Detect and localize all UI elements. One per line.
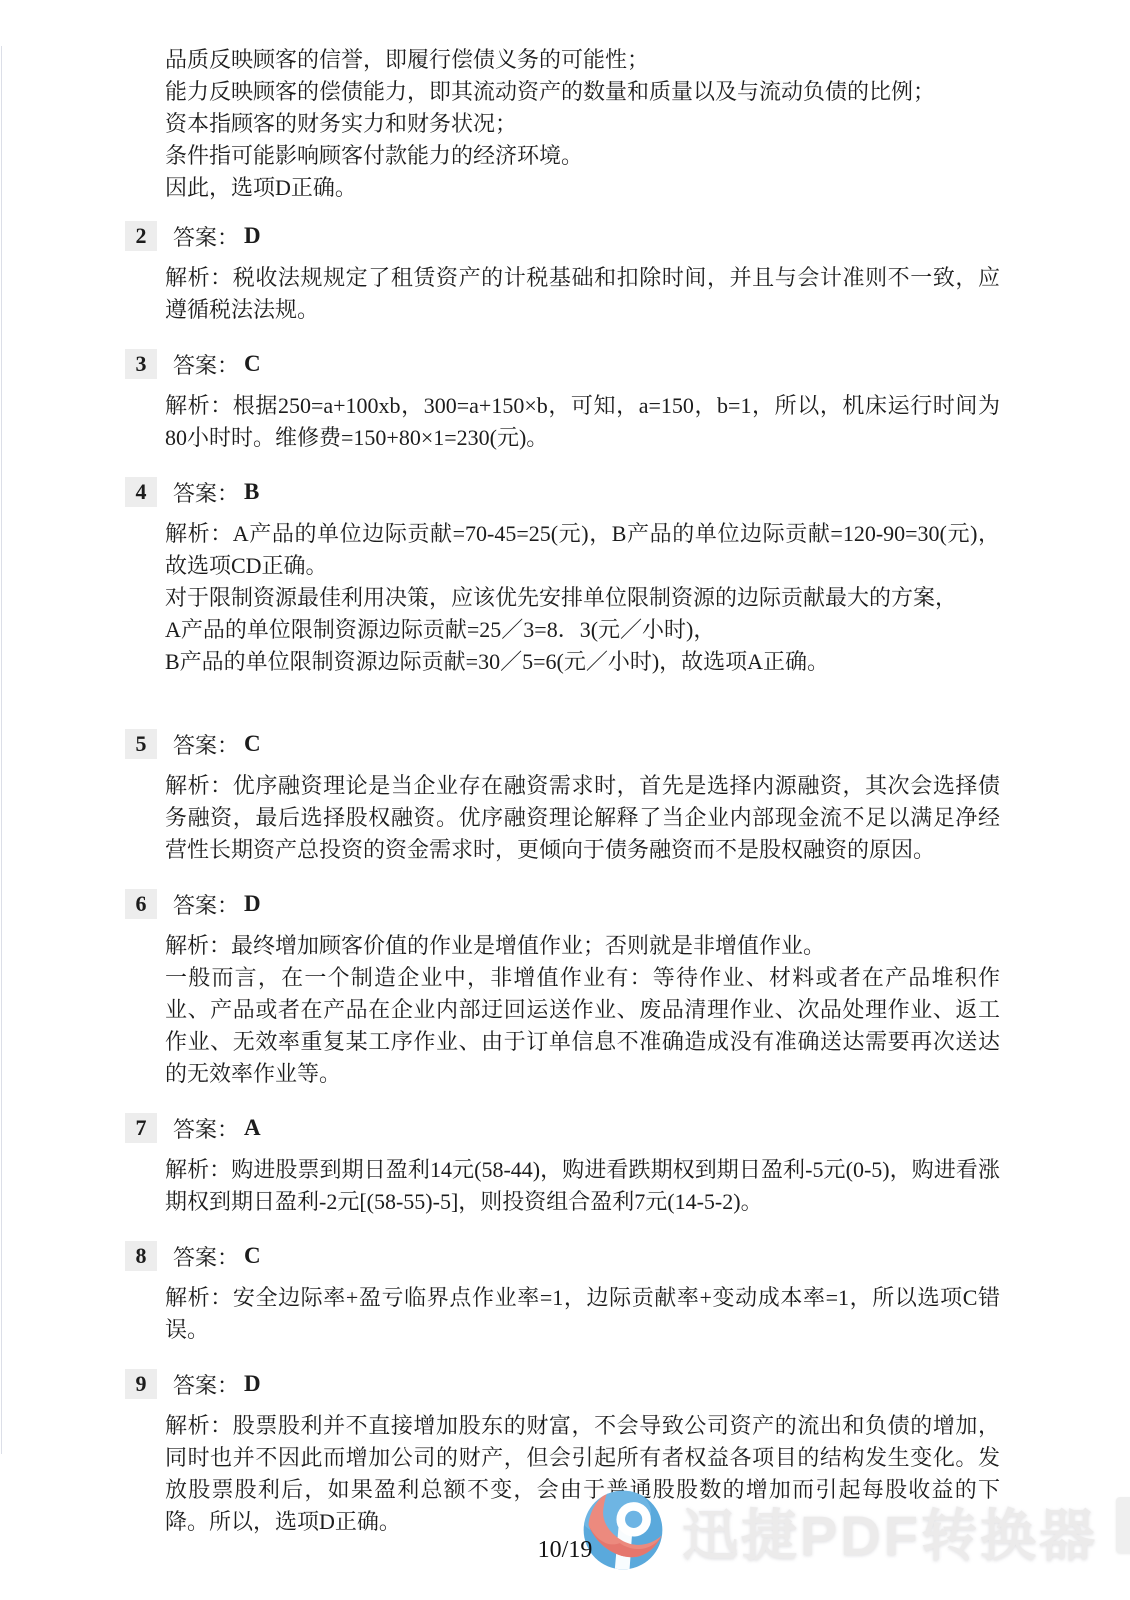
analysis-text: 解析：安全边际率+盈亏临界点作业率=1，边际贡献率+变动成本率=1，所以选项C错… <box>165 1282 1000 1346</box>
answer-item: 6 答案： D 解析：最终增加顾客价值的作业是增值作业；否则就是非增值作业。一般… <box>165 888 1000 1090</box>
answer-row: 4 答案： B <box>165 476 1000 508</box>
analysis-paragraph: 解析：最终增加顾客价值的作业是增值作业；否则就是非增值作业。 <box>165 930 1000 962</box>
page-content: 品质反映顾客的信誉，即履行偿债义务的可能性；能力反映顾客的偿债能力，即其流动资产… <box>165 44 1000 1538</box>
answer-letter: D <box>244 1371 261 1397</box>
intro-line: 资本指顾客的财务实力和财务状况； <box>165 108 1000 140</box>
page-left-rule <box>1 46 2 1454</box>
analysis-paragraph: 解析：A产品的单位边际贡献=70-45=25(元)，B产品的单位边际贡献=120… <box>165 518 1000 582</box>
analysis-paragraph: 解析：税收法规规定了租赁资产的计税基础和扣除时间，并且与会计准则不一致，应遵循税… <box>165 262 1000 326</box>
page-number: 10/19 <box>0 1537 1130 1564</box>
document-page: 品质反映顾客的信誉，即履行偿债义务的可能性；能力反映顾客的偿债能力，即其流动资产… <box>0 0 1130 1600</box>
analysis-paragraph: 对于限制资源最佳利用决策，应该优先安排单位限制资源的边际贡献最大的方案， <box>165 582 1000 614</box>
answer-item: 9 答案： D 解析：股票股利并不直接增加股东的财富，不会导致公司资产的流出和负… <box>165 1368 1000 1538</box>
answer-letter: D <box>244 223 261 249</box>
intro-line: 能力反映顾客的偿债能力，即其流动资产的数量和质量以及与流动负债的比例； <box>165 76 1000 108</box>
question-number-badge: 2 <box>125 221 157 251</box>
intro-line: 品质反映顾客的信誉，即履行偿债义务的可能性； <box>165 44 1000 76</box>
analysis-paragraph: 解析：安全边际率+盈亏临界点作业率=1，边际贡献率+变动成本率=1，所以选项C错… <box>165 1282 1000 1346</box>
analysis-text: 解析：最终增加顾客价值的作业是增值作业；否则就是非增值作业。一般而言，在一个制造… <box>165 930 1000 1090</box>
answer-label: 答案： <box>173 349 239 380</box>
answer-item: 8 答案： C 解析：安全边际率+盈亏临界点作业率=1，边际贡献率+变动成本率=… <box>165 1240 1000 1346</box>
answer-row: 5 答案： C <box>165 728 1000 760</box>
analysis-text: 解析：优序融资理论是当企业存在融资需求时，首先是选择内源融资，其次会选择债务融资… <box>165 770 1000 866</box>
answer-letter: A <box>244 1115 261 1141</box>
question-number-badge: 4 <box>125 477 157 507</box>
question-number-badge: 9 <box>125 1369 157 1399</box>
answer-row: 9 答案： D <box>165 1368 1000 1400</box>
answer-row: 2 答案： D <box>165 220 1000 252</box>
analysis-text: 解析：购进股票到期日盈利14元(58-44)，购进看跌期权到期日盈利-5元(0-… <box>165 1154 1000 1218</box>
answer-row: 3 答案： C <box>165 348 1000 380</box>
answer-letter: C <box>244 1243 261 1269</box>
analysis-paragraph: B产品的单位限制资源边际贡献=30／5=6(元／小时)，故选项A正确。 <box>165 646 1000 678</box>
answer-item: 4 答案： B 解析：A产品的单位边际贡献=70-45=25(元)，B产品的单位… <box>165 476 1000 678</box>
analysis-paragraph: 一般而言，在一个制造企业中，非增值作业有：等待作业、材料或者在产品堆积作业、产品… <box>165 962 1000 1090</box>
intro-line: 因此，选项D正确。 <box>165 172 1000 204</box>
question-number-badge: 7 <box>125 1113 157 1143</box>
intro-paragraph: 品质反映顾客的信誉，即履行偿债义务的可能性；能力反映顾客的偿债能力，即其流动资产… <box>165 44 1000 204</box>
answer-label: 答案： <box>173 477 239 508</box>
answer-row: 6 答案： D <box>165 888 1000 920</box>
answer-letter: D <box>244 891 261 917</box>
answers-list: 2 答案： D 解析：税收法规规定了租赁资产的计税基础和扣除时间，并且与会计准则… <box>165 220 1000 1538</box>
answer-label: 答案： <box>173 1113 239 1144</box>
answer-letter: C <box>244 351 261 377</box>
analysis-paragraph: 解析：股票股利并不直接增加股东的财富，不会导致公司资产的流出和负债的增加，同时也… <box>165 1410 1000 1538</box>
analysis-paragraph: 解析：根据250=a+100xb，300=a+150×b，可知，a=150，b=… <box>165 390 1000 454</box>
answer-item: 5 答案： C 解析：优序融资理论是当企业存在融资需求时，首先是选择内源融资，其… <box>165 728 1000 866</box>
answer-label: 答案： <box>173 729 239 760</box>
answer-label: 答案： <box>173 1241 239 1272</box>
answer-label: 答案： <box>173 1369 239 1400</box>
analysis-text: 解析：股票股利并不直接增加股东的财富，不会导致公司资产的流出和负债的增加，同时也… <box>165 1410 1000 1538</box>
answer-row: 7 答案： A <box>165 1112 1000 1144</box>
answer-letter: C <box>244 731 261 757</box>
answer-item: 3 答案： C 解析：根据250=a+100xb，300=a+150×b，可知，… <box>165 348 1000 454</box>
answer-item: 7 答案： A 解析：购进股票到期日盈利14元(58-44)，购进看跌期权到期日… <box>165 1112 1000 1218</box>
answer-letter: B <box>244 479 259 505</box>
answer-label: 答案： <box>173 889 239 920</box>
analysis-paragraph: 解析：优序融资理论是当企业存在融资需求时，首先是选择内源融资，其次会选择债务融资… <box>165 770 1000 866</box>
analysis-paragraph: A产品的单位限制资源边际贡献=25／3=8．3(元／小时)， <box>165 614 1000 646</box>
answer-row: 8 答案： C <box>165 1240 1000 1272</box>
question-number-badge: 6 <box>125 889 157 919</box>
question-number-badge: 8 <box>125 1241 157 1271</box>
answer-label: 答案： <box>173 221 239 252</box>
answer-item: 2 答案： D 解析：税收法规规定了租赁资产的计税基础和扣除时间，并且与会计准则… <box>165 220 1000 326</box>
analysis-text: 解析：税收法规规定了租赁资产的计税基础和扣除时间，并且与会计准则不一致，应遵循税… <box>165 262 1000 326</box>
analysis-text: 解析：根据250=a+100xb，300=a+150×b，可知，a=150，b=… <box>165 390 1000 454</box>
intro-line: 条件指可能影响顾客付款能力的经济环境。 <box>165 140 1000 172</box>
question-number-badge: 5 <box>125 729 157 759</box>
analysis-paragraph: 解析：购进股票到期日盈利14元(58-44)，购进看跌期权到期日盈利-5元(0-… <box>165 1154 1000 1218</box>
question-number-badge: 3 <box>125 349 157 379</box>
analysis-text: 解析：A产品的单位边际贡献=70-45=25(元)，B产品的单位边际贡献=120… <box>165 518 1000 678</box>
